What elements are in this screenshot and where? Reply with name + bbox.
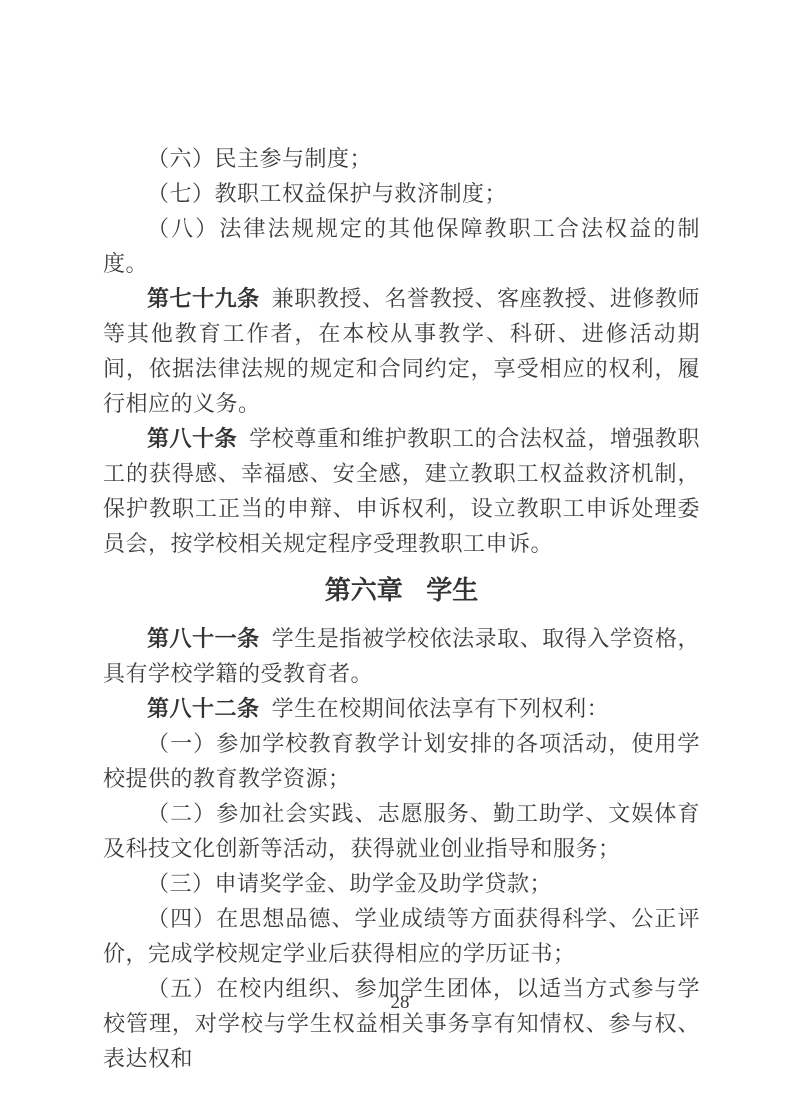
chapter-number: 第六章 — [325, 575, 403, 605]
list-item-text: （四）在思想品德、学业成绩等方面获得科学、公正评价，完成学校规定学业后获得相应的… — [103, 906, 700, 966]
list-item: （五）在校内组织、参加学生团体，以适当方式参与学校管理，对学校与学生权益相关事务… — [103, 971, 700, 1076]
article-paragraph: 第八十条学校尊重和维护教职工的合法权益，增强教职工的获得感、幸福感、安全感，建立… — [103, 421, 700, 561]
article-text: 学生在校期间依法享有下列权利： — [272, 696, 610, 721]
chapter-title: 学生 — [426, 575, 478, 605]
list-item: （四）在思想品德、学业成绩等方面获得科学、公正评价，完成学校规定学业后获得相应的… — [103, 901, 700, 971]
list-item: （一）参加学校教育教学计划安排的各项活动，使用学校提供的教育教学资源； — [103, 726, 700, 796]
page-footer: 28 — [0, 991, 800, 1015]
list-item-text: （八）法律法规规定的其他保障教职工合法权益的制度。 — [103, 216, 700, 276]
article-number: 第八十一条 — [147, 626, 260, 651]
list-item: （三）申请奖学金、助学金及助学贷款； — [103, 866, 700, 901]
chapter-heading: 第六章学生 — [103, 573, 700, 607]
list-item: （六）民主参与制度； — [103, 141, 700, 176]
list-item-text: （一）参加学校教育教学计划安排的各项活动，使用学校提供的教育教学资源； — [103, 731, 700, 791]
article-number: 第七十九条 — [147, 286, 260, 311]
list-item-text: （六）民主参与制度； — [147, 146, 372, 171]
article-paragraph: 第八十二条学生在校期间依法享有下列权利： — [103, 691, 700, 726]
article-paragraph: 第七十九条兼职教授、名誉教授、客座教授、进修教师等其他教育工作者，在本校从事教学… — [103, 281, 700, 421]
list-item: （七）教职工权益保护与救济制度； — [103, 176, 700, 211]
document-body: （六）民主参与制度； （七）教职工权益保护与救济制度； （八）法律法规规定的其他… — [103, 141, 700, 1076]
article-number: 第八十条 — [147, 426, 237, 451]
article-paragraph: 第八十一条学生是指被学校依法录取、取得入学资格，具有学校学籍的受教育者。 — [103, 621, 700, 691]
document-page: （六）民主参与制度； （七）教职工权益保护与救济制度； （八）法律法规规定的其他… — [0, 0, 800, 1113]
list-item: （二）参加社会实践、志愿服务、勤工助学、文娱体育及科技文化创新等活动，获得就业创… — [103, 796, 700, 866]
page-number: 28 — [391, 992, 410, 1013]
list-item-text: （三）申请奖学金、助学金及助学贷款； — [147, 871, 552, 896]
list-item-text: （七）教职工权益保护与救济制度； — [147, 181, 507, 206]
list-item: （八）法律法规规定的其他保障教职工合法权益的制度。 — [103, 211, 700, 281]
list-item-text: （二）参加社会实践、志愿服务、勤工助学、文娱体育及科技文化创新等活动，获得就业创… — [103, 801, 700, 861]
article-number: 第八十二条 — [147, 696, 260, 721]
